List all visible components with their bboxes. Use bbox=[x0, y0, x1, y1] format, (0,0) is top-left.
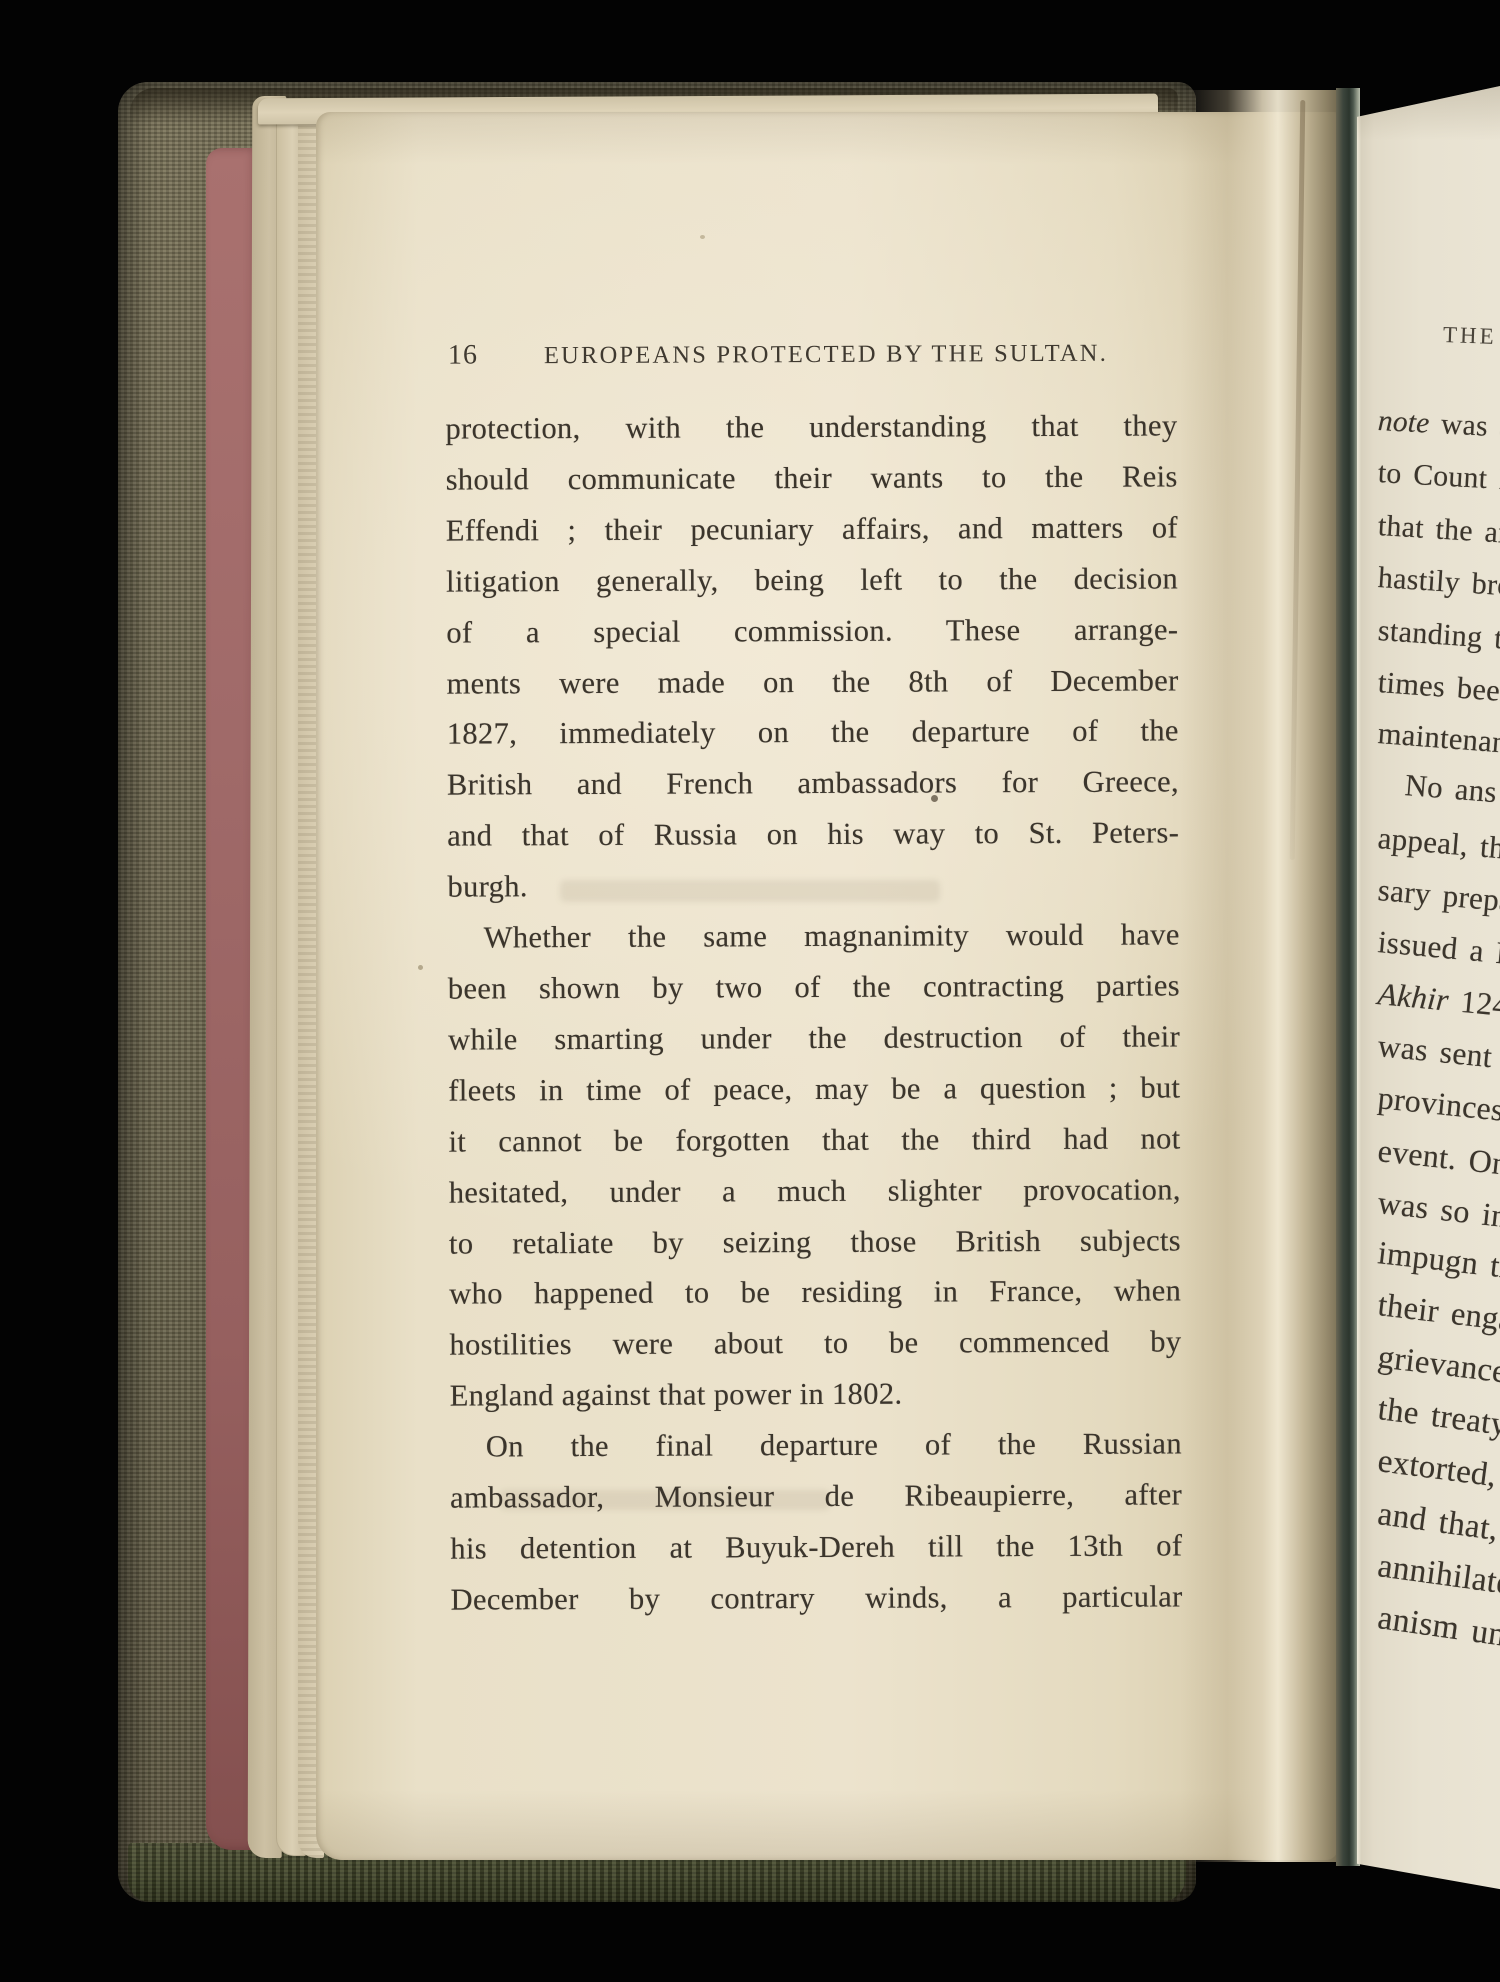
text-line: litigation generally, being left to the … bbox=[446, 553, 1178, 607]
text-line: On the final departure of the Russian bbox=[450, 1419, 1182, 1473]
text-line-fragment: appeal, the bbox=[1377, 820, 1500, 868]
text-line-fragment: provinces, i bbox=[1376, 1080, 1500, 1132]
text-line: it cannot be forgotten that the third ha… bbox=[448, 1113, 1180, 1167]
text-line: protection, with the understanding that … bbox=[445, 400, 1177, 454]
text-line: Effendi ; their pecuniary affairs, and m… bbox=[446, 502, 1178, 556]
text-line: burgh. bbox=[447, 859, 1179, 913]
text-line-fragment: was so inca bbox=[1376, 1184, 1500, 1238]
text-line: hostilities were about to be commenced b… bbox=[449, 1317, 1181, 1371]
paper-speck bbox=[418, 965, 423, 970]
text-line: his detention at Buyuk-Dereh till the 13… bbox=[450, 1520, 1182, 1574]
text-line-fragment: note was ag bbox=[1377, 405, 1500, 446]
text-line: England against that power in 1802. bbox=[450, 1368, 1182, 1422]
text-line: fleets in time of peace, may be a questi… bbox=[448, 1062, 1180, 1116]
text-line-fragment: maintenanc bbox=[1377, 716, 1500, 762]
text-line: 1827, immediately on the departure of th… bbox=[447, 706, 1179, 760]
text-line-fragment: issued a H bbox=[1376, 924, 1500, 973]
text-line: who happened to be residing in France, w… bbox=[449, 1266, 1181, 1320]
text-line: British and French ambassadors for Greec… bbox=[447, 757, 1179, 811]
text-line: Whether the same magnanimity would have bbox=[448, 909, 1180, 963]
gutter-spine-line bbox=[1336, 88, 1360, 1866]
text-line: ambassador, Monsieur de Ribeaupierre, af… bbox=[450, 1469, 1182, 1523]
text-line-fragment: impugn the bbox=[1376, 1236, 1500, 1290]
text-line-fragment: times been bbox=[1377, 665, 1500, 710]
text-line-fragment: Akhir 124 bbox=[1376, 976, 1500, 1024]
text-line: ments were made on the 8th of December bbox=[446, 655, 1178, 709]
text-line-fragment: extorted, ou bbox=[1376, 1443, 1500, 1501]
text-line-fragment: to Count N bbox=[1377, 457, 1500, 498]
text-line: hesitated, under a much slighter provoca… bbox=[449, 1164, 1181, 1218]
text-line-fragment: No ans bbox=[1404, 768, 1499, 810]
page-header: 16 EUROPEANS PROTECTED BY THE SULTAN. bbox=[448, 336, 1180, 371]
text-line: while smarting under the destruction of … bbox=[448, 1011, 1180, 1065]
text-line-fragment: that the am bbox=[1377, 509, 1500, 552]
text-line: been shown by two of the contracting par… bbox=[448, 960, 1180, 1014]
text-line-fragment: event. On bbox=[1376, 1132, 1500, 1183]
text-line-fragment: the treaty o bbox=[1376, 1391, 1500, 1448]
text-line: December by contrary winds, a particular bbox=[450, 1571, 1182, 1625]
paper-speck bbox=[700, 235, 705, 239]
text-line-fragment: their engag bbox=[1376, 1287, 1500, 1342]
text-line-fragment: annihilate Is bbox=[1375, 1547, 1500, 1608]
text-line: to retaliate by seizing those British su… bbox=[449, 1215, 1181, 1269]
text-line-fragment: standing th bbox=[1377, 613, 1500, 657]
text-line: of a special commission. These arrange- bbox=[446, 604, 1178, 658]
text-line: and that of Russia on his way to St. Pet… bbox=[447, 808, 1179, 862]
gutter-fold-shading bbox=[1180, 90, 1338, 1862]
page-number: 16 bbox=[448, 339, 478, 371]
right-page-text: note was agto Count Nthat the amhastily … bbox=[1357, 86, 1500, 1900]
text-line-fragment: anism under bbox=[1375, 1599, 1500, 1661]
text-line-fragment: grievances bbox=[1376, 1339, 1500, 1393]
text-line-fragment: hastily bro bbox=[1377, 561, 1500, 604]
text-line-fragment: sary prepa bbox=[1376, 872, 1500, 920]
text-line: should communicate their wants to the Re… bbox=[446, 451, 1178, 505]
left-page-text: protection, with the understanding that … bbox=[445, 400, 1182, 1625]
right-page: THE note was agto Count Nthat the amhast… bbox=[1357, 86, 1500, 1900]
running-header: EUROPEANS PROTECTED BY THE SULTAN. bbox=[478, 339, 1180, 370]
photo-open-book: { "colors": { "background": "#030303", "… bbox=[0, 0, 1500, 1982]
text-line-fragment: was sent bbox=[1376, 1028, 1494, 1075]
text-line-fragment: and that, “ bbox=[1375, 1495, 1500, 1552]
